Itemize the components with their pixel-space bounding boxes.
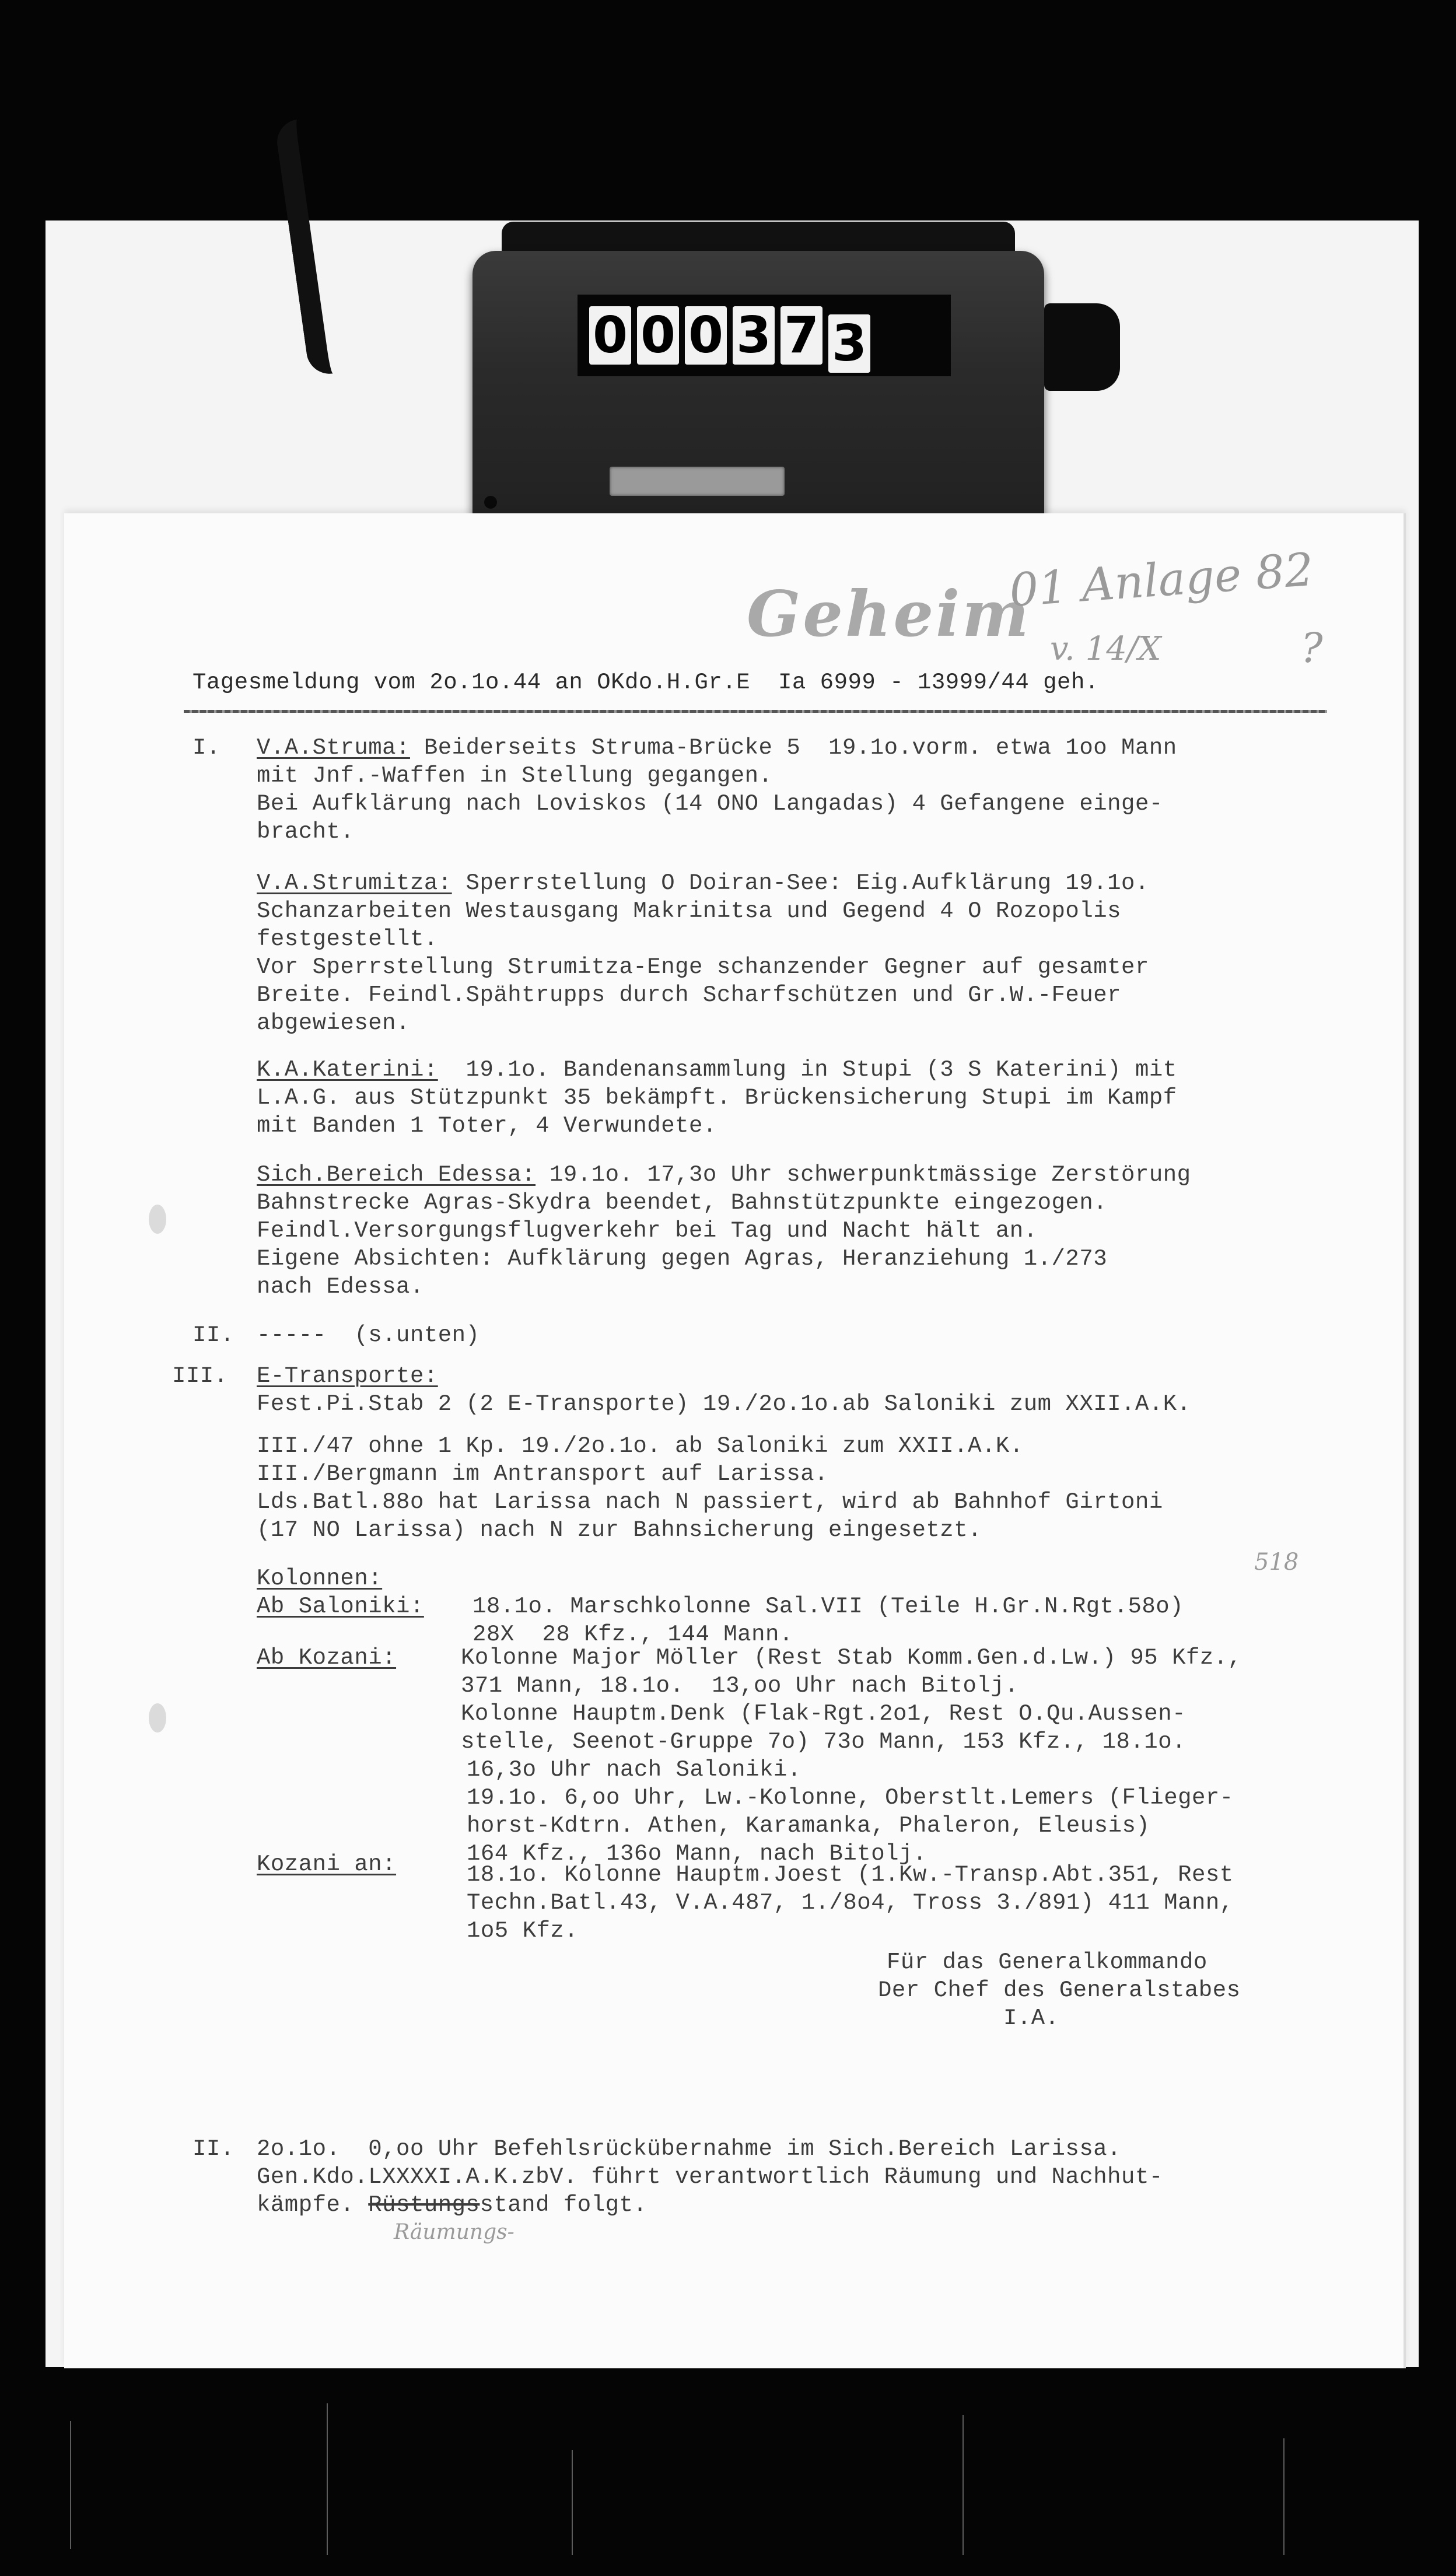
sheet-edge [1403,513,1406,2368]
entry-line: bracht. [257,818,354,846]
kolonne-line: 18.1o. Kolonne Hauptm.Joest (1.Kw.-Trans… [467,1861,1234,1889]
entry-line: Beiderseits Struma-Brücke 5 19.1o.vorm. … [410,735,1177,761]
punch-hole-mark [149,1205,166,1234]
entry-line: Eigene Absichten: Aufklärung gegen Agras… [257,1245,1107,1273]
film-scratch [327,2403,328,2555]
transport-line: (17 NO Larissa) nach N zur Bahnsicherung… [257,1516,982,1544]
transport-line: Lds.Batl.88o hat Larissa nach N passiert… [257,1488,1163,1516]
entry-label: V.A.Struma: [257,735,410,761]
entry-line: abgewiesen. [257,1009,410,1037]
film-scratch [572,2450,573,2555]
signature-line: I.A. [1003,2004,1059,2032]
kolonne-line: 18.1o. Marschkolonne Sal.VII (Teile H.Gr… [473,1592,1184,1620]
entry-label: V.A.Strumitza: [257,870,452,896]
section-numeral: III. [172,1362,228,1390]
handwritten-check: ? [1301,624,1323,672]
section-ii-placeholder: ----- (s.unten) [257,1321,480,1349]
kolonne-line: Kolonne Hauptm.Denk (Flak-Rgt.2o1, Rest … [461,1700,1186,1728]
entry-line: 19.1o. 17,3o Uhr schwerpunktmässige Zers… [535,1162,1191,1188]
entry-line: Vor Sperrstellung Strumitza-Enge schanze… [257,953,1149,981]
counter-digit: 3 [733,306,775,365]
entry-line: Bei Aufklärung nach Loviskos (14 ONO Lan… [257,790,1163,818]
counter-digit: 0 [685,306,727,365]
film-scratch [1283,2438,1284,2555]
section-ii-line: 2o.1o. 0,oo Uhr Befehlsrückübernahme im … [257,2135,1121,2163]
section-ii-line: Gen.Kdo.LXXXXI.A.K.zbV. führt verantwort… [257,2163,1163,2191]
struck-word: Rüstungs [368,2192,480,2218]
counter-display: 0 0 0 3 7 3 [577,295,951,376]
kolonne-line: 1o5 Kfz. [467,1917,578,1945]
kolonne-line: Kolonne Major Möller (Rest Stab Komm.Gen… [461,1644,1242,1672]
group-label: Ab Saloniki: [257,1592,424,1620]
transport-line: Fest.Pi.Stab 2 (2 E-Transporte) 19./2o.1… [257,1390,1191,1418]
handwritten-marks: v. 14/X [1050,630,1161,668]
report-header: Tagesmeldung vom 2o.1o.44 an OKdo.H.Gr.E… [192,668,1099,696]
entry-line: L.A.G. aus Stützpunkt 35 bekämpft. Brück… [257,1084,1177,1112]
section-ii-text: stand folgt. [480,2192,647,2218]
kolonne-line: stelle, Seenot-Gruppe 7o) 73o Mann, 153 … [461,1728,1186,1756]
entry-line: Breite. Feindl.Spähtrupps durch Scharfsc… [257,981,1121,1009]
entry-line: mit Banden 1 Toter, 4 Verwundete. [257,1112,717,1140]
section-numeral: II. [192,2135,235,2163]
kolonne-line: 371 Mann, 18.1o. 13,oo Uhr nach Bitolj. [461,1672,1019,1700]
screw-icon [484,496,497,509]
entry-line: Bahnstrecke Agras-Skydra beendet, Bahnst… [257,1189,1107,1217]
film-scratch [70,2421,71,2549]
transport-line: III./Bergmann im Antransport auf Larissa… [257,1460,828,1488]
kolonnen-label: Kolonnen: [257,1564,382,1592]
entry-struma: V.A.Struma: Beiderseits Struma-Brücke 5 … [257,734,1177,762]
entry-label: Sich.Bereich Edessa: [257,1162,535,1188]
kolonne-line: Techn.Batl.43, V.A.487, 1./8o4, Tross 3.… [467,1889,1234,1917]
counter-reset-knob [1044,303,1120,391]
entry-edessa: Sich.Bereich Edessa: 19.1o. 17,3o Uhr sc… [257,1161,1191,1189]
counter-digit: 0 [589,306,631,365]
kolonne-line: horst-Kdtrn. Athen, Karamanka, Phaleron,… [467,1812,1150,1840]
signature-line: Der Chef des Generalstabes [878,1976,1241,2004]
film-scratch [963,2415,964,2555]
signature-line: Für das Generalkommando [887,1948,1207,1976]
counter-nameplate [610,467,785,496]
group-label: Ab Kozani: [257,1644,396,1672]
counter-digit: 0 [637,306,679,365]
section-numeral: I. [192,734,220,762]
counter-digit: 7 [780,306,822,365]
entry-line: Schanzarbeiten Westausgang Makrinitsa un… [257,897,1121,925]
entry-line: Feindl.Versorgungsflugverkehr bei Tag un… [257,1217,1038,1245]
handwritten-correction: Räumungs- [394,2220,514,2244]
punch-hole-mark [149,1703,166,1732]
section-ii-line-final: kämpfe. Rüstungsstand folgt. [257,2191,647,2219]
entry-line: nach Edessa. [257,1273,424,1301]
kolonne-line: 16,3o Uhr nach Saloniki. [467,1756,801,1784]
entry-line: festgestellt. [257,925,438,953]
counter-digit: 3 [828,314,870,373]
entry-line: Sperrstellung O Doiran-See: Eig.Aufkläru… [452,870,1149,896]
handwritten-correction: 518 [1254,1549,1298,1576]
section-numeral: II. [192,1321,235,1349]
transport-line: III./47 ohne 1 Kp. 19./2o.1o. ab Salonik… [257,1432,1024,1460]
kolonne-line: 19.1o. 6,oo Uhr, Lw.-Kolonne, Oberstlt.L… [467,1784,1234,1812]
section-label: E-Transporte: [257,1362,438,1390]
group-label: Kozani an: [257,1850,396,1878]
entry-line: 19.1o. Bandenansammlung in Stupi (3 S Ka… [438,1057,1177,1083]
entry-line: mit Jnf.-Waffen in Stellung gegangen. [257,762,772,790]
entry-strumitza: V.A.Strumitza: Sperrstellung O Doiran-Se… [257,869,1149,897]
section-ii-text: kämpfe. [257,2192,368,2218]
entry-label: K.A.Katerini: [257,1057,438,1083]
entry-katerini: K.A.Katerini: 19.1o. Bandenansammlung in… [257,1056,1177,1084]
header-divider [184,710,1327,713]
classification-stamp: Geheim [747,577,1031,651]
